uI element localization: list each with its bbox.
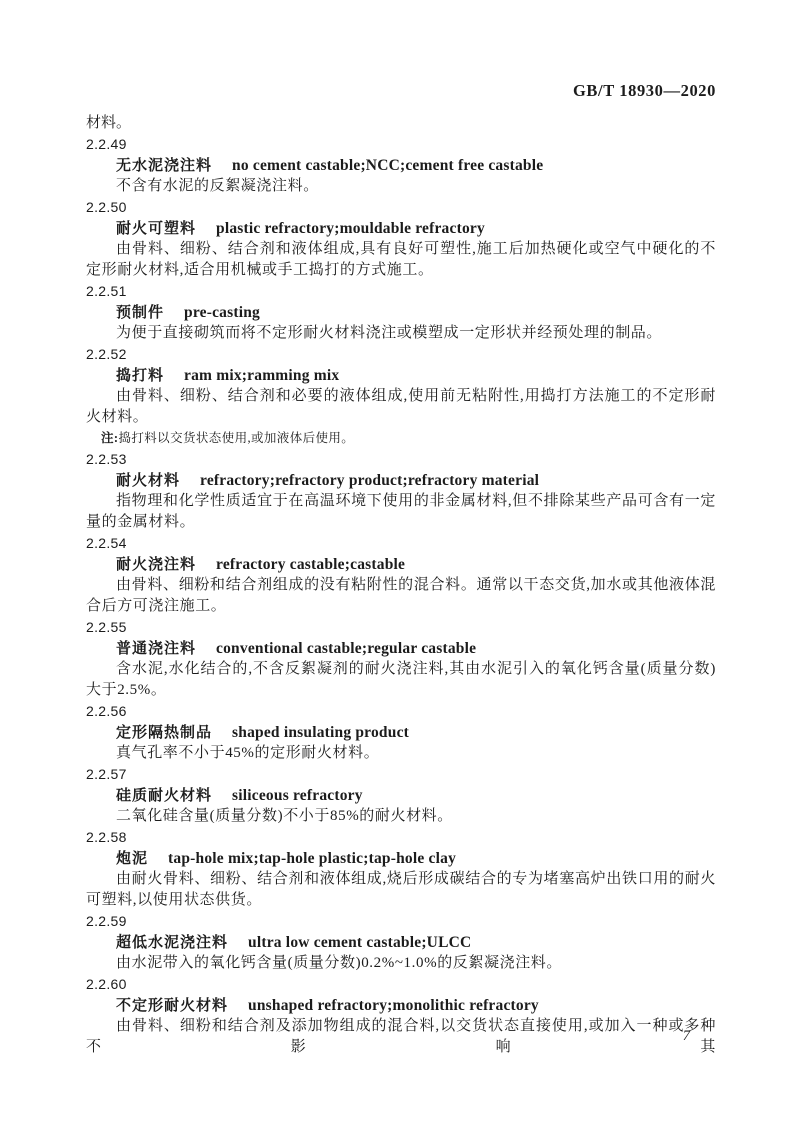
term-definition: 含水泥,水化结合的,不含反絮凝剂的耐火浇注料,其由水泥引入的氧化钙含量(质量分数…: [86, 659, 716, 701]
term-english: refractory;refractory product;refractory…: [200, 472, 539, 489]
term-section: 2.2.52 捣打料ram mix;ramming mix 由骨料、细粉、结合剂…: [86, 344, 716, 449]
term-section: 2.2.59 超低水泥浇注料ultra low cement castable;…: [86, 911, 716, 974]
term-line: 普通浇注料conventional castable;regular casta…: [86, 638, 716, 659]
section-number: 2.2.56: [86, 701, 716, 722]
term-chinese: 炮泥: [116, 850, 148, 867]
term-line: 耐火材料refractory;refractory product;refrac…: [86, 470, 716, 491]
section-number: 2.2.55: [86, 617, 716, 638]
term-section: 2.2.53 耐火材料refractory;refractory product…: [86, 449, 716, 533]
term-definition: 真气孔率不小于45%的定形耐火材料。: [86, 743, 716, 764]
term-definition: 二氧化硅含量(质量分数)不小于85%的耐火材料。: [86, 806, 716, 827]
term-section: 2.2.49 无水泥浇注料no cement castable;NCC;ceme…: [86, 134, 716, 197]
term-definition: 由骨料、细粉和结合剂及添加物组成的混合料,以交货状态直接使用,或加入一种或多种不…: [86, 1016, 716, 1058]
section-number: 2.2.57: [86, 764, 716, 785]
term-english: shaped insulating product: [232, 724, 409, 741]
term-line: 硅质耐火材料siliceous refractory: [86, 785, 716, 806]
term-english: conventional castable;regular castable: [216, 640, 476, 657]
term-section: 2.2.55 普通浇注料conventional castable;regula…: [86, 617, 716, 701]
section-number: 2.2.60: [86, 974, 716, 995]
term-definition: 由骨料、细粉和结合剂组成的没有粘附性的混合料。通常以干态交货,加水或其他液体混合…: [86, 575, 716, 617]
term-chinese: 不定形耐火材料: [116, 997, 228, 1014]
term-section: 2.2.51 预制件pre-casting 为便于直接砌筑而将不定形耐火材料浇注…: [86, 281, 716, 344]
section-number: 2.2.49: [86, 134, 716, 155]
term-english: no cement castable;NCC;cement free casta…: [232, 157, 543, 174]
term-chinese: 超低水泥浇注料: [116, 934, 228, 951]
note-text: 捣打料以交货状态使用,或加液体后使用。: [118, 431, 354, 445]
term-section: 2.2.58 炮泥tap-hole mix;tap-hole plastic;t…: [86, 827, 716, 911]
term-english: pre-casting: [184, 304, 260, 321]
term-line: 炮泥tap-hole mix;tap-hole plastic;tap-hole…: [86, 848, 716, 869]
term-chinese: 耐火材料: [116, 472, 180, 489]
term-section: 2.2.50 耐火可塑料plastic refractory;mouldable…: [86, 197, 716, 281]
continuation-text: 材料。: [86, 113, 716, 134]
term-line: 不定形耐火材料unshaped refractory;monolithic re…: [86, 995, 716, 1016]
term-definition: 由骨料、细粉、结合剂和必要的液体组成,使用前无粘附性,用捣打方法施工的不定形耐火…: [86, 386, 716, 428]
page-number: 7: [683, 1028, 690, 1044]
term-definition: 由耐火骨料、细粉、结合剂和液体组成,烧后形成碳结合的专为堵塞高炉出铁口用的耐火可…: [86, 869, 716, 911]
term-line: 捣打料ram mix;ramming mix: [86, 365, 716, 386]
term-chinese: 硅质耐火材料: [116, 787, 212, 804]
term-english: plastic refractory;mouldable refractory: [216, 220, 485, 237]
section-number: 2.2.59: [86, 911, 716, 932]
term-line: 超低水泥浇注料ultra low cement castable;ULCC: [86, 932, 716, 953]
term-definition: 不含有水泥的反絮凝浇注料。: [86, 176, 716, 197]
term-section: 2.2.60 不定形耐火材料unshaped refractory;monoli…: [86, 974, 716, 1058]
term-chinese: 无水泥浇注料: [116, 157, 212, 174]
term-section: 2.2.54 耐火浇注料refractory castable;castable…: [86, 533, 716, 617]
page-footer: 7: [683, 1028, 690, 1045]
term-definition: 由水泥带入的氧化钙含量(质量分数)0.2%~1.0%的反絮凝浇注料。: [86, 953, 716, 974]
term-section: 2.2.57 硅质耐火材料siliceous refractory 二氧化硅含量…: [86, 764, 716, 827]
document-page: GB/T 18930—2020 材料。 2.2.49 无水泥浇注料no ceme…: [0, 0, 800, 1131]
term-chinese: 定形隔热制品: [116, 724, 212, 741]
term-chinese: 耐火可塑料: [116, 220, 196, 237]
term-english: ram mix;ramming mix: [184, 367, 339, 384]
note-label: 注:: [101, 431, 118, 445]
section-number: 2.2.53: [86, 449, 716, 470]
term-definition: 由骨料、细粉、结合剂和液体组成,具有良好可塑性,施工后加热硬化或空气中硬化的不定…: [86, 239, 716, 281]
term-line: 耐火浇注料refractory castable;castable: [86, 554, 716, 575]
section-number: 2.2.54: [86, 533, 716, 554]
term-line: 定形隔热制品shaped insulating product: [86, 722, 716, 743]
term-chinese: 捣打料: [116, 367, 164, 384]
section-number: 2.2.50: [86, 197, 716, 218]
term-chinese: 耐火浇注料: [116, 556, 196, 573]
term-line: 预制件pre-casting: [86, 302, 716, 323]
term-english: refractory castable;castable: [216, 556, 405, 573]
term-section: 2.2.56 定形隔热制品shaped insulating product 真…: [86, 701, 716, 764]
section-number: 2.2.52: [86, 344, 716, 365]
term-note: 注:捣打料以交货状态使用,或加液体后使用。: [86, 428, 716, 449]
term-chinese: 预制件: [116, 304, 164, 321]
term-line: 耐火可塑料plastic refractory;mouldable refrac…: [86, 218, 716, 239]
term-english: unshaped refractory;monolithic refractor…: [248, 997, 539, 1014]
term-definition: 为便于直接砌筑而将不定形耐火材料浇注或模塑成一定形状并经预处理的制品。: [86, 323, 716, 344]
standard-number: GB/T 18930—2020: [573, 81, 716, 100]
term-definition: 指物理和化学性质适宜于在高温环境下使用的非金属材料,但不排除某些产品可含有一定量…: [86, 491, 716, 533]
term-chinese: 普通浇注料: [116, 640, 196, 657]
page-header: GB/T 18930—2020: [86, 82, 716, 100]
section-number: 2.2.51: [86, 281, 716, 302]
term-english: siliceous refractory: [232, 787, 363, 804]
term-english: tap-hole mix;tap-hole plastic;tap-hole c…: [168, 850, 456, 867]
section-number: 2.2.58: [86, 827, 716, 848]
page-content: 材料。 2.2.49 无水泥浇注料no cement castable;NCC;…: [86, 113, 716, 1058]
term-line: 无水泥浇注料no cement castable;NCC;cement free…: [86, 155, 716, 176]
term-english: ultra low cement castable;ULCC: [248, 934, 471, 951]
